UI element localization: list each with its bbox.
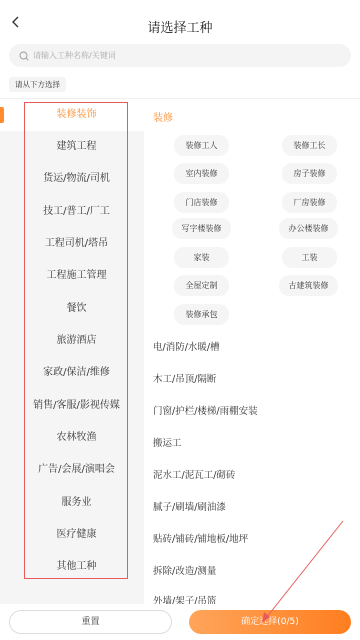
subcategory-item[interactable]: 电/消防/水暖/槽 bbox=[153, 339, 220, 353]
page-title: 请选择工种 bbox=[0, 17, 360, 36]
subcategory-item[interactable]: 泥水工/泥瓦工/砌砖 bbox=[153, 467, 235, 481]
sidebar-item-project-management[interactable]: 工程施工管理 bbox=[25, 260, 128, 292]
sidebar-item-medical[interactable]: 医疗健康 bbox=[25, 519, 128, 551]
subcategory-item[interactable]: 木工/吊顶/隔断 bbox=[153, 371, 216, 385]
search-icon bbox=[19, 51, 29, 61]
sidebar-item-engineering-driver[interactable]: 工程司机/塔吊 bbox=[25, 228, 128, 260]
tag[interactable]: 古建筑装修 bbox=[279, 275, 338, 296]
tag[interactable]: 装修工长 bbox=[282, 135, 337, 156]
sidebar-item-catering[interactable]: 餐饮 bbox=[25, 293, 128, 325]
select-hint: 请从下方选择 bbox=[9, 77, 66, 92]
subcategory-item[interactable]: 贴砖/铺砖/铺地板/地坪 bbox=[153, 531, 248, 545]
tag[interactable]: 写字楼装修 bbox=[172, 218, 231, 239]
tag[interactable]: 房子装修 bbox=[282, 163, 337, 184]
tag[interactable]: 全屋定制 bbox=[174, 275, 229, 296]
search-bar[interactable] bbox=[9, 44, 351, 67]
reset-button[interactable]: 重置 bbox=[9, 610, 172, 634]
subcategory-item[interactable]: 拆除/改造/测量 bbox=[153, 563, 216, 577]
tag[interactable]: 室内装修 bbox=[174, 163, 229, 184]
sidebar-item-decoration[interactable]: 装修装饰 bbox=[25, 99, 128, 131]
sidebar-item-sales[interactable]: 销售/客服/影视传媒 bbox=[25, 390, 128, 422]
tag[interactable]: 门店装修 bbox=[174, 192, 229, 213]
sidebar-item-service[interactable]: 服务业 bbox=[25, 487, 128, 519]
sidebar-item-other[interactable]: 其他工种 bbox=[25, 551, 128, 583]
header: 请选择工种 bbox=[0, 0, 360, 40]
tag[interactable]: 办公楼装修 bbox=[279, 218, 338, 239]
sidebar-item-hotel[interactable]: 旅游酒店 bbox=[25, 325, 128, 357]
sidebar-item-technician[interactable]: 技工/普工/厂工 bbox=[25, 196, 128, 228]
subcategory-item[interactable]: 搬运工 bbox=[153, 435, 182, 449]
active-indicator bbox=[0, 107, 4, 123]
tag[interactable]: 厂房装修 bbox=[282, 192, 337, 213]
tag[interactable]: 装修承包 bbox=[174, 304, 229, 325]
sidebar-item-construction[interactable]: 建筑工程 bbox=[25, 131, 128, 163]
tag[interactable]: 装修工人 bbox=[174, 135, 229, 156]
subcategory-item[interactable]: 腻子/刷墙/刷油漆 bbox=[153, 499, 226, 513]
category-sidebar: 装修装饰 建筑工程 货运/物流/司机 技工/普工/厂工 工程司机/塔吊 工程施工… bbox=[0, 99, 144, 604]
sidebar-item-housekeeping[interactable]: 家政/保洁/维修 bbox=[25, 357, 128, 389]
sidebar-item-logistics[interactable]: 货运/物流/司机 bbox=[25, 163, 128, 195]
subcategory-item[interactable]: 门窗/护栏/楼梯/雨棚安装 bbox=[153, 403, 258, 417]
footer-bar: 重置 确定选择(0/5) bbox=[0, 604, 360, 640]
category-title: 装修 bbox=[153, 109, 173, 124]
confirm-button[interactable]: 确定选择(0/5) bbox=[189, 610, 351, 634]
sidebar-item-agriculture[interactable]: 农林牧渔 bbox=[25, 422, 128, 454]
sidebar-item-advertising[interactable]: 广告/会展/演唱会 bbox=[25, 454, 128, 486]
subcategory-item[interactable]: 外墙/架子/吊篮 bbox=[153, 593, 216, 604]
tag[interactable]: 工装 bbox=[282, 247, 337, 268]
subcategory-panel: 装修 装修工人 装修工长 室内装修 房子装修 门店装修 厂房装修 写字楼装修 办… bbox=[144, 99, 360, 604]
tag[interactable]: 家装 bbox=[174, 247, 229, 268]
search-input[interactable] bbox=[33, 51, 333, 60]
